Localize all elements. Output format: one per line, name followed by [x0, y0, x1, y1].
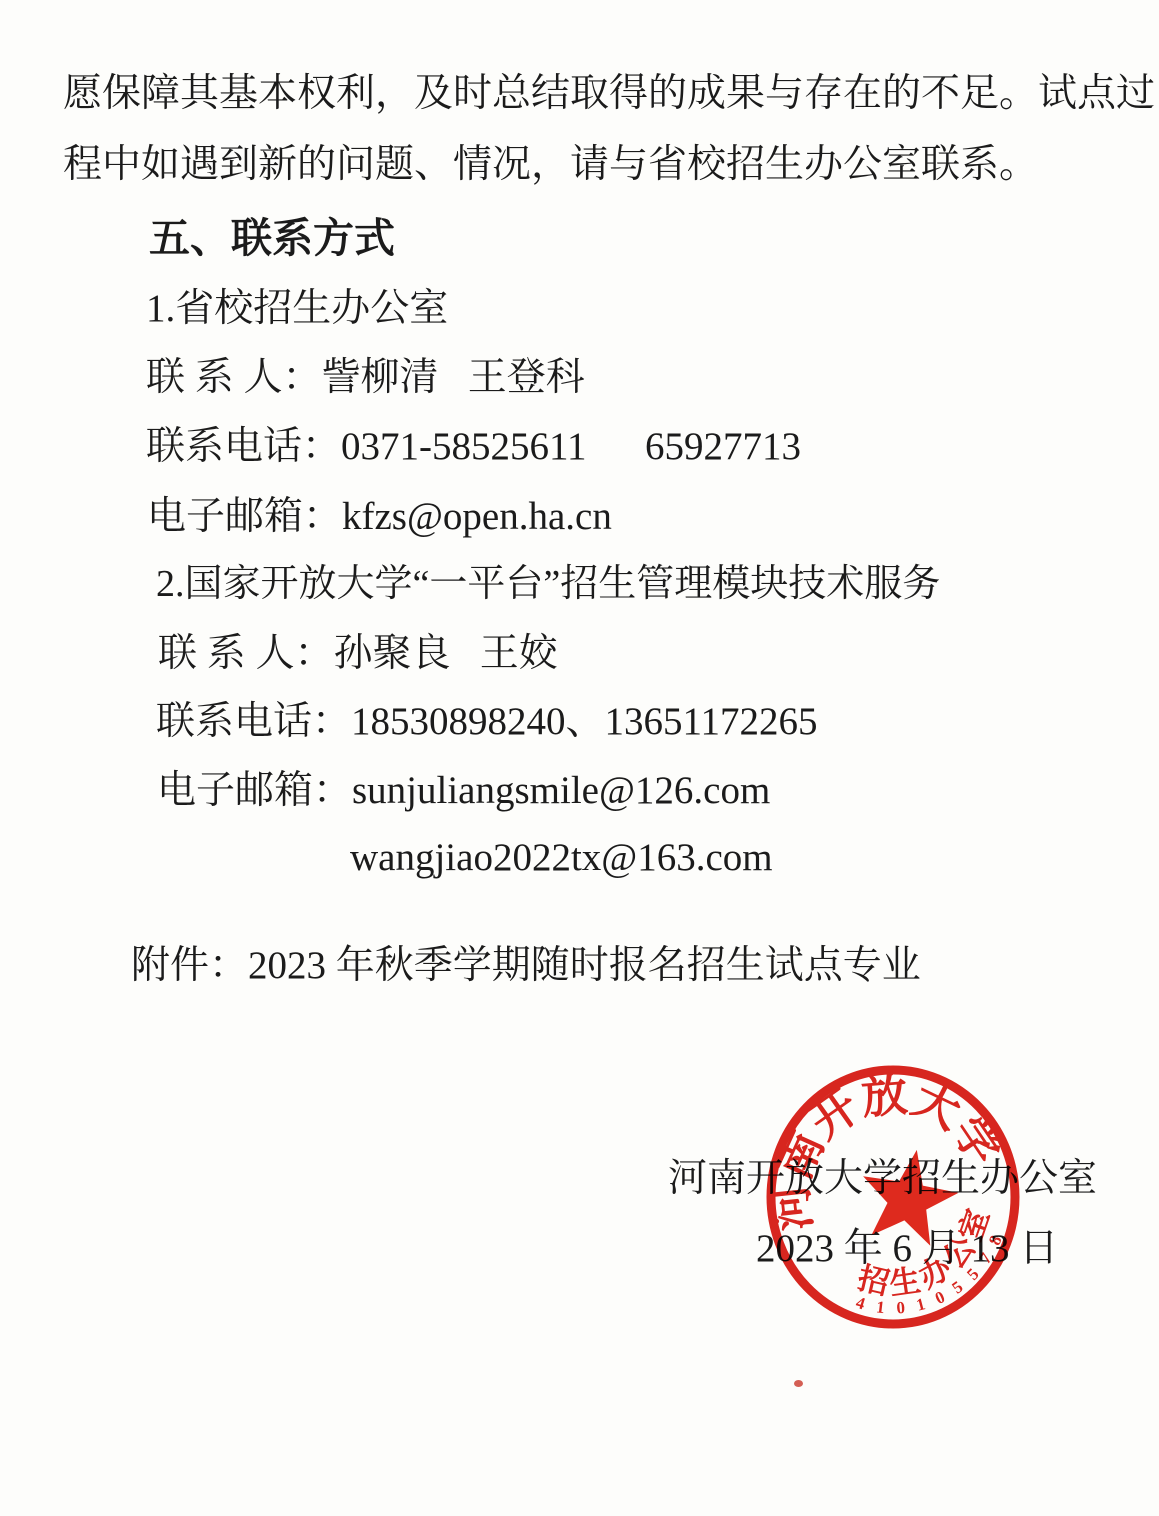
contact2-person: 联 系 人：孙聚良 王姣: [158, 632, 558, 677]
svg-text:河: 河: [765, 1182, 821, 1233]
svg-text:1: 1: [914, 1294, 927, 1315]
body-text-line-1: 愿保障其基本权利，及时总结取得的成果与存在的不足。试点过: [63, 72, 1155, 117]
scanned-document-page: { "document": { "body_paragraph": { "lin…: [0, 0, 1159, 1516]
seal-star: [863, 1150, 958, 1246]
contact2-email-secondary: wangjiao2022tx@163.com: [350, 836, 773, 881]
contact2-phone: 联系电话：18530898240、13651172265: [156, 700, 818, 745]
body-text-line-2: 程中如遇到新的问题、情况，请与省校招生办公室联系。: [63, 143, 1038, 188]
svg-text:4: 4: [854, 1293, 868, 1314]
contact2-email-primary: 电子邮箱：sunjuliangsmile@126.com: [157, 769, 770, 814]
contact1-person: 联 系 人：訾柳清 王登科: [146, 356, 585, 401]
section-heading: 五、联系方式: [149, 215, 395, 262]
svg-text:0: 0: [932, 1287, 948, 1308]
contact1-phone: 联系电话：0371-58525611 65927713: [146, 425, 801, 470]
svg-text:1: 1: [875, 1297, 886, 1317]
contact1-email: 电子邮箱：kfzs@open.ha.cn: [147, 495, 612, 540]
attachment-note: 附件：2023 年秋季学期随时报名招生试点专业: [131, 944, 921, 989]
svg-text:0: 0: [896, 1298, 906, 1318]
official-seal: 河南开放大学 招生办公室 410105578: [762, 1063, 1024, 1331]
svg-text:放: 放: [859, 1069, 909, 1124]
contact2-title: 2.国家开放大学“一平台”招生管理模块技术服务: [156, 563, 940, 607]
contact1-title: 1.省校招生办公室: [146, 287, 448, 332]
red-ink-speck: [794, 1380, 803, 1387]
svg-text:8: 8: [985, 1233, 1006, 1248]
svg-text:5: 5: [948, 1277, 966, 1297]
